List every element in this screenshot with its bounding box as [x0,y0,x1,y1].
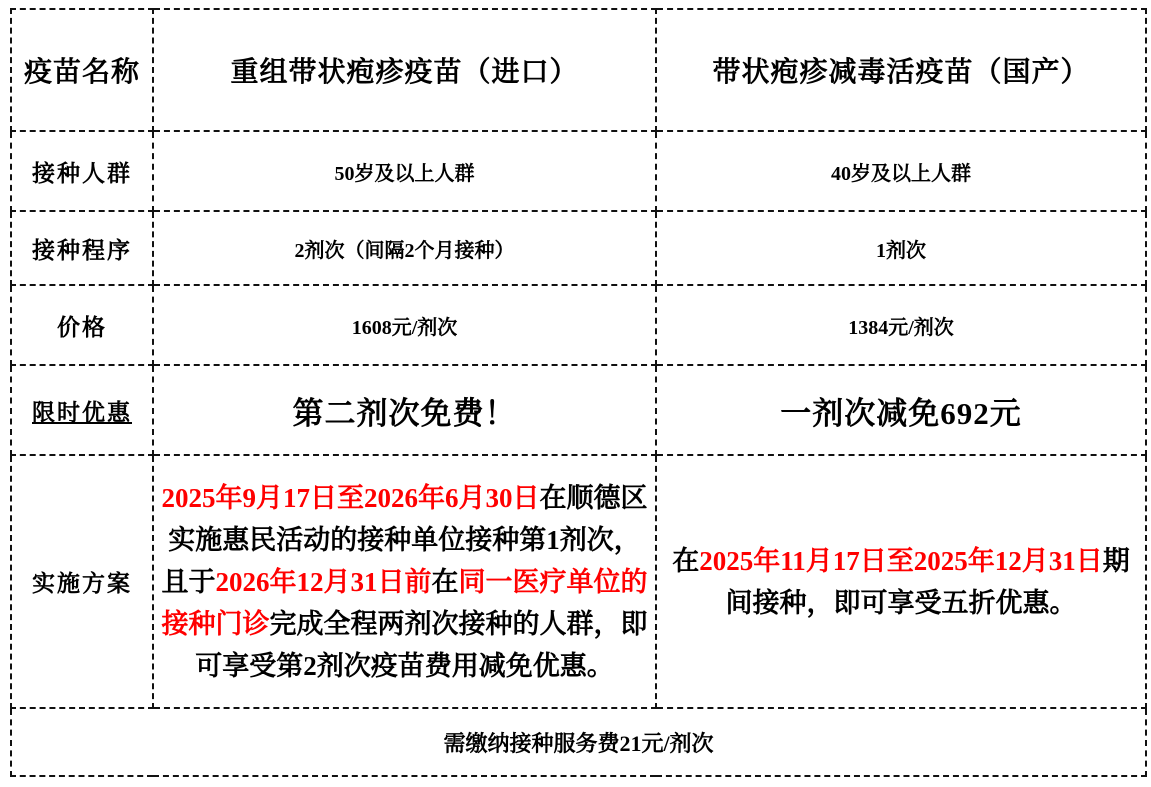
limited-time-offer-row-label: 限时优惠 [11,365,153,455]
domestic-price: 1384元/剂次 [656,285,1146,365]
service-fee-note: 需缴纳接种服务费21元/剂次 [11,708,1146,776]
row-implementation-plan: 实施方案 2025年9月17日至2026年6月30日在顺德区实施惠民活动的接种单… [11,455,1146,708]
row-target-population: 接种人群 50岁及以上人群 40岁及以上人群 [11,131,1146,211]
imported-vaccine-name: 重组带状疱疹疫苗（进口） [153,9,656,131]
page: 疫苗名称 重组带状疱疹疫苗（进口） 带状疱疹减毒活疫苗（国产） 接种人群 50岁… [0,0,1151,787]
row-vaccine-name: 疫苗名称 重组带状疱疹疫苗（进口） 带状疱疹减毒活疫苗（国产） [11,9,1146,131]
target-population-row-label: 接种人群 [11,131,153,211]
dose-schedule-row-label: 接种程序 [11,211,153,285]
imported-offer: 第二剂次免费！ [153,365,656,455]
price-row-label: 价格 [11,285,153,365]
domestic-dose-schedule: 1剂次 [656,211,1146,285]
domestic-vaccine-name: 带状疱疹减毒活疫苗（国产） [656,9,1146,131]
imported-price: 1608元/剂次 [153,285,656,365]
row-dose-schedule: 接种程序 2剂次（间隔2个月接种） 1剂次 [11,211,1146,285]
vaccine-name-row-label: 疫苗名称 [11,9,153,131]
imported-dose-schedule: 2剂次（间隔2个月接种） [153,211,656,285]
row-limited-time-offer: 限时优惠 第二剂次免费！ 一剂次减免692元 [11,365,1146,455]
imported-target-population: 50岁及以上人群 [153,131,656,211]
domestic-target-population: 40岁及以上人群 [656,131,1146,211]
implementation-plan-row-label: 实施方案 [11,455,153,708]
domestic-implementation-plan: 在2025年11月17日至2025年12月31日期间接种，即可享受五折优惠。 [656,455,1146,708]
vaccine-comparison-table: 疫苗名称 重组带状疱疹疫苗（进口） 带状疱疹减毒活疫苗（国产） 接种人群 50岁… [10,8,1147,777]
row-price: 价格 1608元/剂次 1384元/剂次 [11,285,1146,365]
imported-implementation-plan: 2025年9月17日至2026年6月30日在顺德区实施惠民活动的接种单位接种第1… [153,455,656,708]
domestic-offer: 一剂次减免692元 [656,365,1146,455]
row-service-fee-note: 需缴纳接种服务费21元/剂次 [11,708,1146,776]
